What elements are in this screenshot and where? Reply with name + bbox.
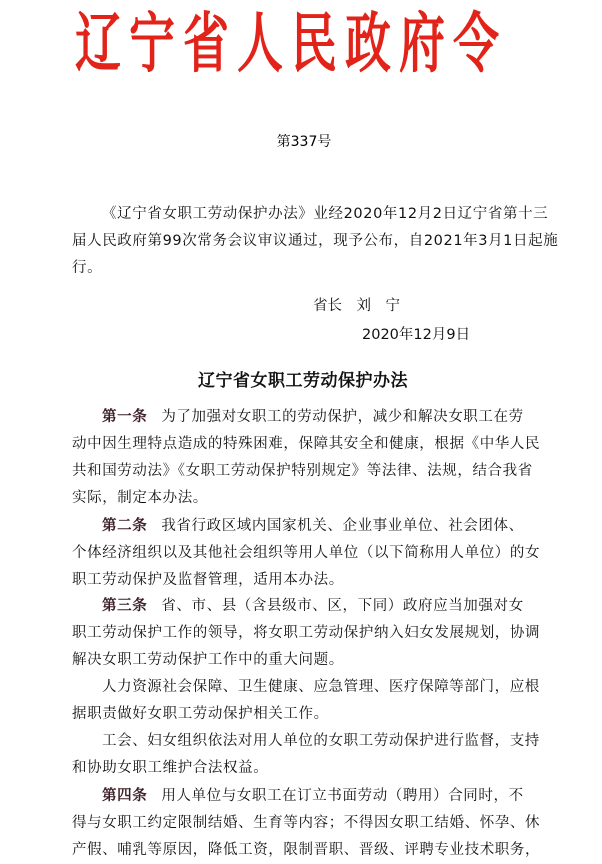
header-char: 辽 xyxy=(75,12,121,77)
article-label: 第一条 xyxy=(102,409,147,425)
article-line: 和协助女职工维护合法权益。 xyxy=(72,755,432,782)
header-char: 府 xyxy=(399,12,445,77)
header-char: 省 xyxy=(183,12,229,77)
signature-governor: 省长 刘 宁 xyxy=(313,296,400,316)
article-label: 第四条 xyxy=(102,788,147,804)
article-text: 用人单位与女职工在订立书面劳动（聘用）合同时，不 xyxy=(161,788,523,804)
article-line: 个体经济组织以及其他社会组织等用人单位（以下简称用人单位）的女 xyxy=(72,540,432,567)
article-4: 第四条用人单位与女职工在订立书面劳动（聘用）合同时，不 得与女职工约定限制结婚、… xyxy=(72,783,432,864)
article-line: 据职责做好女职工劳动保护相关工作。 xyxy=(72,701,432,728)
government-order-header: 辽 宁 省 人 民 政 府 令 xyxy=(72,6,502,82)
header-char: 政 xyxy=(345,12,391,77)
article-line: 动中因生理特点造成的特殊困难，保障其安全和健康，根据《中华人民 xyxy=(72,431,432,458)
article-1: 第一条为了加强对女职工的劳动保护，减少和解决女职工在劳 动中因生理特点造成的特殊… xyxy=(72,404,432,512)
article-line: 工会、妇女组织依法对用人单位的女职工劳动保护进行监督，支持 xyxy=(72,728,432,755)
signature-date: 2020年12月9日 xyxy=(362,325,470,345)
article-label: 第二条 xyxy=(102,518,147,534)
article-line: 第三条省、市、县（含县级市、区，下同）政府应当加强对女 xyxy=(72,593,432,620)
article-line: 共和国劳动法》《女职工劳动保护特别规定》等法律、法规，结合我省 xyxy=(72,458,432,485)
header-char: 人 xyxy=(237,12,283,77)
article-line: 第四条用人单位与女职工在订立书面劳动（聘用）合同时，不 xyxy=(72,783,432,810)
article-text: 为了加强对女职工的劳动保护，减少和解决女职工在劳 xyxy=(161,409,523,425)
article-line: 第一条为了加强对女职工的劳动保护，减少和解决女职工在劳 xyxy=(72,404,432,431)
article-line: 职工劳动保护工作的领导，将女职工劳动保护纳入妇女发展规划，协调 xyxy=(72,620,432,647)
article-3-paragraph-3: 工会、妇女组织依法对用人单位的女职工劳动保护进行监督，支持 和协助女职工维护合法… xyxy=(72,728,432,782)
preamble-line: 行。 xyxy=(72,255,432,282)
article-3-paragraph-2: 人力资源社会保障、卫生健康、应急管理、医疗保障等部门，应根 据职责做好女职工劳动… xyxy=(72,674,432,728)
article-line: 解决女职工劳动保护工作中的重大问题。 xyxy=(72,647,432,674)
article-3: 第三条省、市、县（含县级市、区，下同）政府应当加强对女 职工劳动保护工作的领导，… xyxy=(72,593,432,674)
article-line: 得与女职工约定限制结婚、生育等内容；不得因女职工结婚、怀孕、休 xyxy=(72,810,432,837)
preamble: 《辽宁省女职工劳动保护办法》业经2020年12月2日辽宁省第十三 届人民政府第9… xyxy=(72,201,432,282)
article-line: 人力资源社会保障、卫生健康、应急管理、医疗保障等部门，应根 xyxy=(72,674,432,701)
article-line: 职工劳动保护及监督管理，适用本办法。 xyxy=(72,567,432,594)
preamble-line: 《辽宁省女职工劳动保护办法》业经2020年12月2日辽宁省第十三 xyxy=(72,201,432,228)
article-line: 第二条我省行政区域内国家机关、企业事业单位、社会团体、 xyxy=(72,513,432,540)
article-line: 实际，制定本办法。 xyxy=(72,485,432,512)
header-char: 令 xyxy=(453,12,499,77)
preamble-line: 届人民政府第99次常务会议审议通过，现予公布，自2021年3月1日起施 xyxy=(72,228,432,255)
article-2: 第二条我省行政区域内国家机关、企业事业单位、社会团体、 个体经济组织以及其他社会… xyxy=(72,513,432,594)
article-text: 省、市、县（含县级市、区，下同）政府应当加强对女 xyxy=(161,598,523,614)
article-line: 产假、哺乳等原因，降低工资，限制晋职、晋级、评聘专业技术职务， xyxy=(72,837,432,864)
order-number: 第337号 xyxy=(0,131,602,151)
article-text: 我省行政区域内国家机关、企业事业单位、社会团体、 xyxy=(161,518,523,534)
document-title: 辽宁省女职工劳动保护办法 xyxy=(0,366,602,391)
header-char: 民 xyxy=(291,12,337,77)
header-char: 宁 xyxy=(129,12,175,77)
article-label: 第三条 xyxy=(102,598,147,614)
